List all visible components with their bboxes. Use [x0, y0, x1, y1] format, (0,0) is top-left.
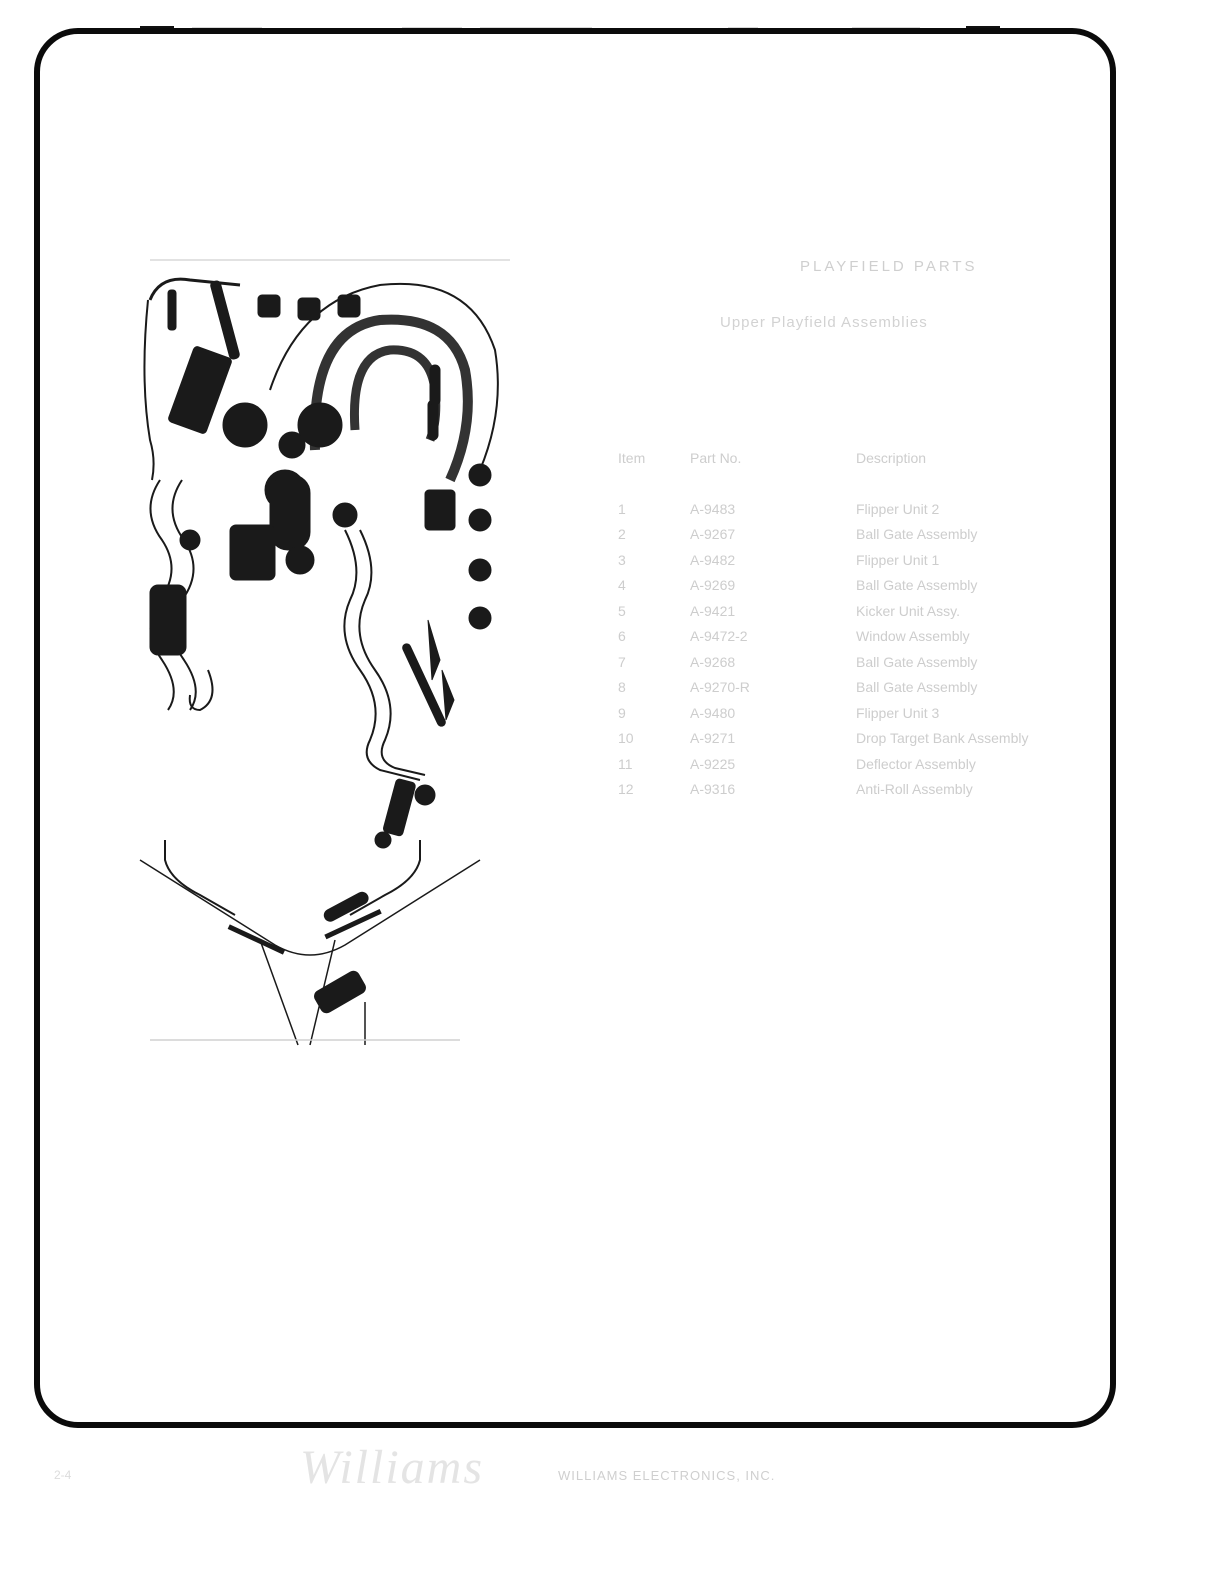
parts-table-body: 1A-9483Flipper Unit 22A-9267Ball Gate As…	[618, 496, 1116, 802]
cell-description: Kicker Unit Assy.	[856, 598, 1116, 624]
cell-item: 1	[618, 496, 690, 522]
table-row: 5A-9421Kicker Unit Assy.	[618, 598, 1116, 624]
cell-part-number: A-9271	[690, 726, 856, 752]
cell-part-number: A-9268	[690, 649, 856, 675]
cell-description: Deflector Assembly	[856, 751, 1116, 777]
cell-description: Flipper Unit 1	[856, 547, 1116, 573]
cell-part-number: A-9482	[690, 547, 856, 573]
table-row: 10A-9271Drop Target Bank Assembly	[618, 726, 1116, 752]
table-row: 1A-9483Flipper Unit 2	[618, 496, 1116, 522]
cell-item: 9	[618, 700, 690, 726]
table-row: 9A-9480Flipper Unit 3	[618, 700, 1116, 726]
cell-item: 12	[618, 777, 690, 803]
cell-description: Ball Gate Assembly	[856, 522, 1116, 548]
cell-part-number: A-9269	[690, 573, 856, 599]
page-subheading: Upper Playfield Assemblies	[720, 314, 928, 331]
playfield-diagram	[120, 240, 540, 1100]
table-row: 4A-9269Ball Gate Assembly	[618, 573, 1116, 599]
page-reference: 2-4	[54, 1468, 71, 1482]
cell-item: 4	[618, 573, 690, 599]
cell-item: 11	[618, 751, 690, 777]
table-row: 6A-9472-2Window Assembly	[618, 624, 1116, 650]
page-heading: PLAYFIELD PARTS	[800, 258, 978, 275]
cell-part-number: A-9480	[690, 700, 856, 726]
column-header-item: Item	[618, 450, 690, 496]
cell-description: Ball Gate Assembly	[856, 573, 1116, 599]
cell-description: Flipper Unit 2	[856, 496, 1116, 522]
cell-item: 8	[618, 675, 690, 701]
column-header-part: Part No.	[690, 450, 856, 496]
cell-part-number: A-9267	[690, 522, 856, 548]
cell-item: 7	[618, 649, 690, 675]
cell-part-number: A-9225	[690, 751, 856, 777]
cell-item: 6	[618, 624, 690, 650]
cell-description: Ball Gate Assembly	[856, 649, 1116, 675]
cell-part-number: A-9316	[690, 777, 856, 803]
parts-table: Item Part No. Description 1A-9483Flipper…	[618, 450, 1116, 802]
column-header-description: Description	[856, 450, 1116, 496]
cell-item: 2	[618, 522, 690, 548]
table-row: 12A-9316Anti-Roll Assembly	[618, 777, 1116, 803]
cell-item: 3	[618, 547, 690, 573]
cell-description: Window Assembly	[856, 624, 1116, 650]
table-row: 3A-9482Flipper Unit 1	[618, 547, 1116, 573]
page-footer: 2-4 Williams WILLIAMS ELECTRONICS, INC.	[300, 1440, 1000, 1500]
parts-table-header: Item Part No. Description	[618, 450, 1116, 496]
table-row: 2A-9267Ball Gate Assembly	[618, 522, 1116, 548]
table-row: 8A-9270-RBall Gate Assembly	[618, 675, 1116, 701]
table-row: 11A-9225Deflector Assembly	[618, 751, 1116, 777]
cell-item: 5	[618, 598, 690, 624]
company-name: WILLIAMS ELECTRONICS, INC.	[558, 1468, 775, 1483]
table-row: 7A-9268Ball Gate Assembly	[618, 649, 1116, 675]
cell-item: 10	[618, 726, 690, 752]
cell-description: Ball Gate Assembly	[856, 675, 1116, 701]
cell-description: Flipper Unit 3	[856, 700, 1116, 726]
cell-description: Anti-Roll Assembly	[856, 777, 1116, 803]
cell-part-number: A-9483	[690, 496, 856, 522]
cell-part-number: A-9472-2	[690, 624, 856, 650]
cell-part-number: A-9421	[690, 598, 856, 624]
company-logo: Williams	[300, 1440, 484, 1495]
cell-part-number: A-9270-R	[690, 675, 856, 701]
cell-description: Drop Target Bank Assembly	[856, 726, 1116, 752]
